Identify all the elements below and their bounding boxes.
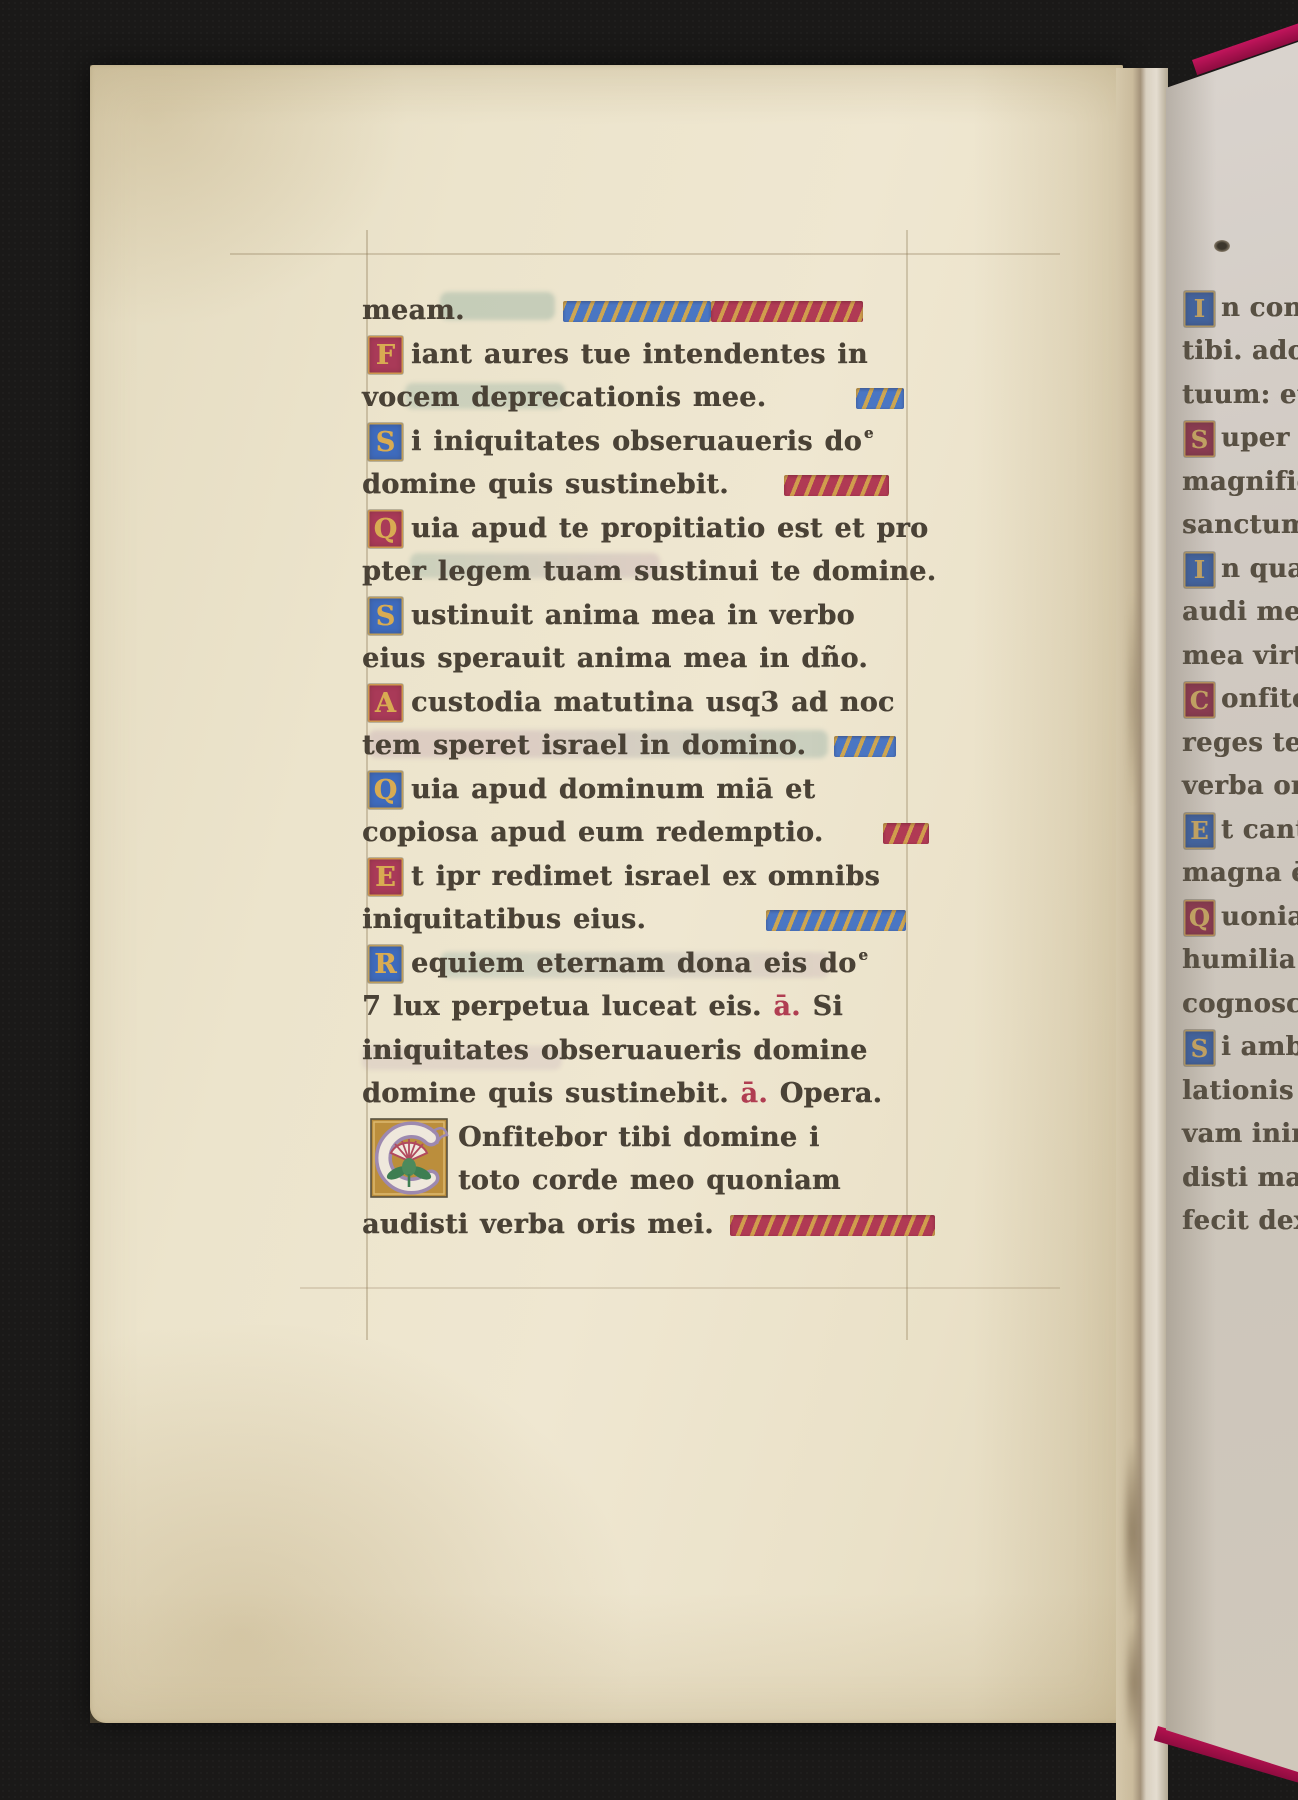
- text-line: magnificasti su: [1182, 460, 1298, 504]
- line-text: iant aures tue intendentes in: [411, 339, 868, 370]
- manuscript-left-page: meam.Fiant aures tue intendentes invocem…: [90, 65, 1123, 1723]
- text-line: Onfitebor tibi domine i: [362, 1116, 962, 1160]
- line-text: magna ē glo: [1182, 858, 1298, 888]
- line-text: Opera.: [768, 1078, 882, 1109]
- initial-letter: Q: [1184, 900, 1215, 936]
- line-text: pter legem tuam sustinui te domine.: [362, 556, 936, 587]
- line-text: fecit dextera t: [1182, 1206, 1298, 1236]
- text-line: humilia resp: [1182, 939, 1298, 983]
- line-text: meam.: [362, 295, 465, 326]
- text-line: tem speret israel in domino.: [362, 724, 962, 768]
- line-text: t cantent i: [1221, 815, 1298, 845]
- line-text: iniquitates obseruaueris domine: [362, 1035, 867, 1066]
- text-line: audi me mult: [1182, 591, 1298, 635]
- line-filler: [883, 823, 929, 844]
- line-filler: [856, 388, 904, 409]
- initial-letter: E: [1184, 813, 1215, 849]
- text-line: reges terre: qui: [1182, 721, 1298, 765]
- text-line: eius sperauit anima mea in dño.: [362, 637, 962, 681]
- line-text: t ipr redimet israel ex omnibs: [411, 861, 880, 892]
- text-line: vocem deprecationis mee.: [362, 376, 962, 420]
- line-text: vocem deprecationis mee.: [362, 382, 766, 413]
- text-line: Si iniquitates obseruaueris doe: [362, 420, 962, 464]
- line-text: domine quis sustinebit.: [362, 1078, 740, 1109]
- text-line: toto corde meo quoniam: [362, 1159, 962, 1203]
- initial-letter: F: [368, 336, 403, 374]
- line-filler: [834, 736, 896, 757]
- text-line: vam inimi: [1182, 1113, 1298, 1157]
- initial-letter: I: [1184, 552, 1215, 588]
- text-line: Fiant aures tue intendentes in: [362, 333, 962, 377]
- text-line: Acustodia matutina usq3 ad noc: [362, 681, 962, 725]
- line-text: sanctum tuum: [1182, 510, 1298, 540]
- line-text: audisti verba oris mei.: [362, 1209, 714, 1240]
- vellum-hole: [1214, 240, 1230, 252]
- initial-letter: C: [1184, 682, 1215, 718]
- text-line: tibi. adorabo ad: [1182, 330, 1298, 374]
- text-line: In conspectu a: [1182, 286, 1298, 330]
- gutter-smudge: [1126, 588, 1140, 808]
- line-text: n quacunq3: [1221, 554, 1298, 584]
- initial-letter: S: [368, 423, 403, 461]
- initial-letter: S: [1184, 1030, 1215, 1066]
- text-line: sanctum tuum: [1182, 504, 1298, 548]
- line-text: i iniquitates obseruaueris do: [411, 426, 862, 457]
- superscript-letter: e: [858, 946, 868, 964]
- ruling-line-horizontal: [300, 1287, 1060, 1289]
- line-text: mea virtutem: [1182, 641, 1298, 671]
- text-line: Super miā tua: [1182, 417, 1298, 461]
- text-line: copiosa apud eum redemptio.: [362, 811, 962, 855]
- text-line: verba oris tui.: [1182, 765, 1298, 809]
- line-text: tibi. adorabo ad: [1182, 336, 1298, 366]
- line-text: uoniam: [1221, 902, 1298, 932]
- initial-letter: R: [368, 945, 403, 983]
- line-filler: [711, 301, 863, 322]
- text-line: domine quis sustinebit. ā. Opera.: [362, 1072, 962, 1116]
- text-line: magna ē glo: [1182, 852, 1298, 896]
- line-text: i ambu: [1221, 1032, 1298, 1062]
- text-line: Et cantent i: [1182, 808, 1298, 852]
- text-line: pter legem tuam sustinui te domine.: [362, 550, 962, 594]
- line-text: equiem eternam dona eis do: [411, 948, 856, 979]
- line-text: 7 lux perpetua luceat eis.: [362, 991, 773, 1022]
- right-text-column: In conspectu atibi. adorabo adtuum: et c…: [1182, 286, 1298, 1243]
- line-filler: [730, 1215, 935, 1236]
- initial-letter: Q: [368, 771, 403, 809]
- text-line: In quacunq3: [1182, 547, 1298, 591]
- manuscript-right-page: In conspectu atibi. adorabo adtuum: et c…: [1166, 40, 1298, 1772]
- left-text-column: meam.Fiant aures tue intendentes invocem…: [362, 289, 962, 1246]
- line-text: tem speret israel in domino.: [362, 730, 806, 761]
- text-line: Et ipr redimet israel ex omnibs: [362, 855, 962, 899]
- text-line: meam.: [362, 289, 962, 333]
- text-line: Sustinuit anima mea in verbo: [362, 594, 962, 638]
- initial-letter: I: [1184, 291, 1215, 327]
- line-text: uia apud dominum miā et: [411, 774, 815, 805]
- text-line: fecit dextera t: [1182, 1200, 1298, 1244]
- line-text: eius sperauit anima mea in dño.: [362, 643, 868, 674]
- superscript-letter: e: [864, 424, 874, 442]
- gutter-smudge: [1122, 1438, 1142, 1628]
- text-line: Quia apud te propitiatio est et pro: [362, 507, 962, 551]
- line-text: copiosa apud eum redemptio.: [362, 817, 823, 848]
- line-text: custodia matutina usq3 ad noc: [411, 687, 895, 718]
- line-text: Si: [801, 991, 843, 1022]
- line-filler: [766, 910, 906, 931]
- line-text: lationis viui: [1182, 1076, 1298, 1106]
- line-text: onfiteantur: [1221, 684, 1298, 714]
- text-line: audisti verba oris mei.: [362, 1203, 962, 1247]
- line-text: uia apud te propitiatio est et pro: [411, 513, 928, 544]
- initial-letter: S: [368, 597, 403, 635]
- rubric-mark: ā.: [773, 991, 801, 1022]
- gutter-fold-edge: [1116, 68, 1168, 1800]
- line-text: audi me mult: [1182, 597, 1298, 627]
- text-line: Quoniam: [1182, 895, 1298, 939]
- gutter-smudge: [1124, 1618, 1142, 1748]
- rubric-mark: ā.: [740, 1078, 768, 1109]
- text-line: tuum: et confit: [1182, 373, 1298, 417]
- line-text: verba oris tui.: [1182, 771, 1298, 801]
- line-text: uper miā tua: [1221, 423, 1298, 453]
- line-text: magnificasti su: [1182, 467, 1298, 497]
- initial-letter: Q: [368, 510, 403, 548]
- line-filler: [784, 475, 889, 496]
- line-text: humilia resp: [1182, 945, 1298, 975]
- line-text: toto corde meo quoniam: [458, 1165, 841, 1196]
- photograph-backdrop: meam.Fiant aures tue intendentes invocem…: [0, 0, 1298, 1800]
- text-line: Confiteantur: [1182, 678, 1298, 722]
- text-line: cognoscit.: [1182, 982, 1298, 1026]
- line-text: Onfitebor tibi domine i: [458, 1122, 820, 1153]
- initial-letter: E: [368, 858, 403, 896]
- parchment-stain: [90, 1325, 630, 1723]
- text-line: Si ambu: [1182, 1026, 1298, 1070]
- line-text: tuum: et confit: [1182, 380, 1298, 410]
- text-line: mea virtutem: [1182, 634, 1298, 678]
- line-text: vam inimi: [1182, 1119, 1298, 1149]
- text-line: disti manū t: [1182, 1156, 1298, 1200]
- line-filler: [563, 301, 711, 322]
- initial-letter: S: [1184, 421, 1215, 457]
- line-text: reges terre: qui: [1182, 728, 1298, 758]
- line-text: domine quis sustinebit.: [362, 469, 729, 500]
- line-text: cognoscit.: [1182, 989, 1298, 1019]
- text-line: iniquitates obseruaueris domine: [362, 1029, 962, 1073]
- text-line: 7 lux perpetua luceat eis. ā. Si: [362, 985, 962, 1029]
- line-text: iniquitatibus eius.: [362, 904, 646, 935]
- initial-letter: A: [368, 684, 403, 722]
- text-line: iniquitatibus eius.: [362, 898, 962, 942]
- parchment-stain: [90, 1593, 1123, 1723]
- line-text: n conspectu a: [1221, 293, 1298, 323]
- text-line: domine quis sustinebit.: [362, 463, 962, 507]
- text-line: Quia apud dominum miā et: [362, 768, 962, 812]
- parchment-stain: [973, 65, 1123, 1723]
- text-line: Requiem eternam dona eis doe: [362, 942, 962, 986]
- parchment-stain: [90, 65, 1123, 125]
- line-text: disti manū t: [1182, 1163, 1298, 1193]
- ruling-line-horizontal: [230, 253, 1060, 255]
- line-text: ustinuit anima mea in verbo: [411, 600, 855, 631]
- text-line: lationis viui: [1182, 1069, 1298, 1113]
